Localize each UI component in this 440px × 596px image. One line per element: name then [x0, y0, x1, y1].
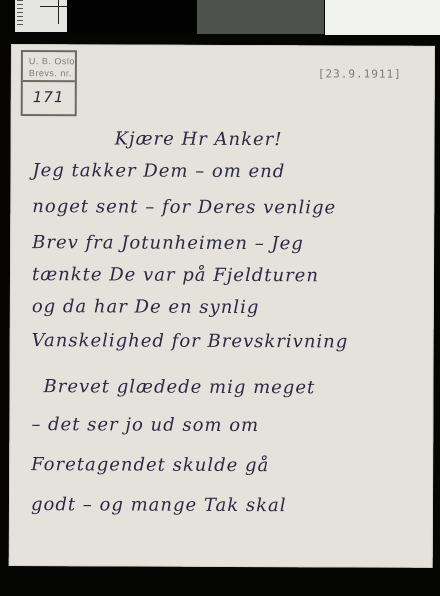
letter-line: noget sent – for Deres venlige [32, 196, 336, 218]
ruler-ticks [17, 0, 25, 30]
light-patch [325, 0, 440, 35]
letter-line: Vanskelighed for Brevskrivning [32, 330, 349, 352]
letter-line: godt – og mange Tak skal [31, 494, 287, 516]
color-calibration-strip [0, 0, 440, 36]
date-annotation: [23.9.1911] [318, 67, 402, 80]
ruler-patch [15, 0, 67, 32]
library-stamp: U. B. Oslo Brevs. nr. 171 [21, 50, 77, 116]
stamp-label: Brevs. nr. [29, 67, 75, 79]
letter-line: Foretagendet skulde gå [31, 454, 269, 476]
letter-line: Brev fra Jotunheimen – Jeg [32, 232, 304, 254]
letter-line: og da har De en synlig [32, 296, 260, 318]
stamp-institution: U. B. Oslo [29, 55, 75, 67]
letter-line: Brevet glædede mig meget [43, 376, 315, 398]
letter-salutation: Kjære Hr Anker! [115, 128, 283, 150]
letter-line: Jeg takker Dem – om end [32, 160, 285, 182]
gray-patch [197, 0, 324, 34]
stamp-header: U. B. Oslo Brevs. nr. [23, 52, 75, 82]
letter-page: U. B. Oslo Brevs. nr. 171 [23.9.1911] Kj… [9, 44, 435, 568]
letter-line: tænkte De var på Fjeldturen [32, 264, 319, 286]
crosshair-icon-vertical [58, 0, 59, 24]
black-patch [67, 0, 195, 33]
stamp-number: 171 [23, 82, 75, 106]
letter-line: – det ser jo ud som om [31, 414, 259, 436]
letter-body: Kjære Hr Anker! Jeg takker Dem – om end … [27, 124, 422, 126]
